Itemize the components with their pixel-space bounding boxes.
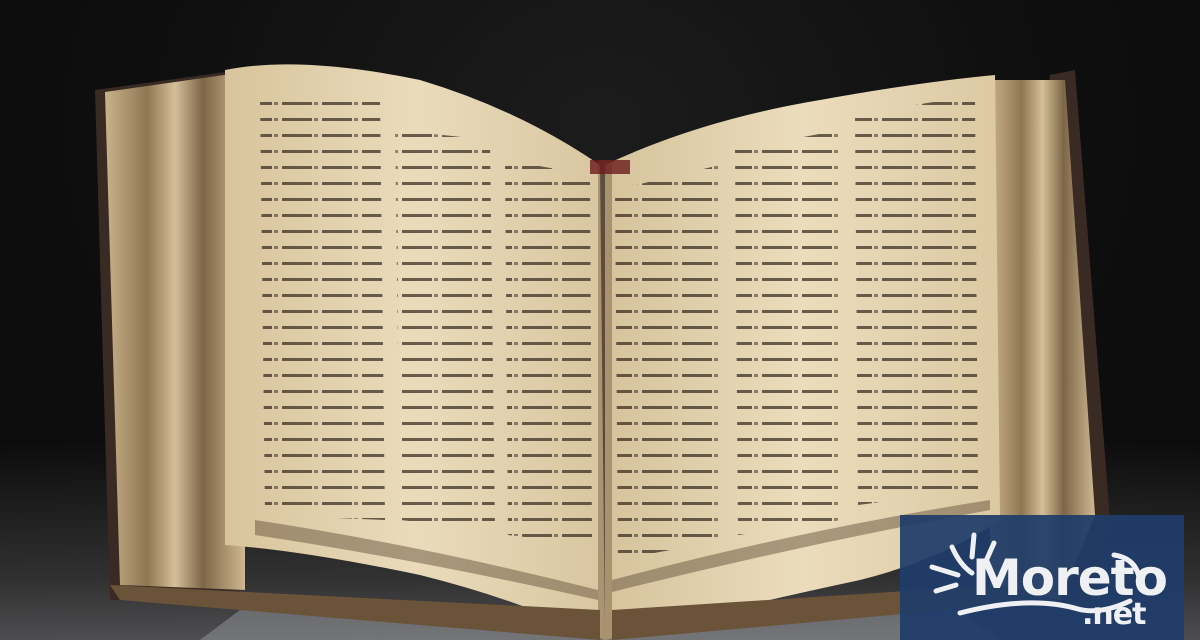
watermark-logo: Moreto .net [900, 515, 1184, 640]
photo-scene: Moreto .net [0, 0, 1200, 640]
logo-tld: .net [1082, 597, 1145, 632]
